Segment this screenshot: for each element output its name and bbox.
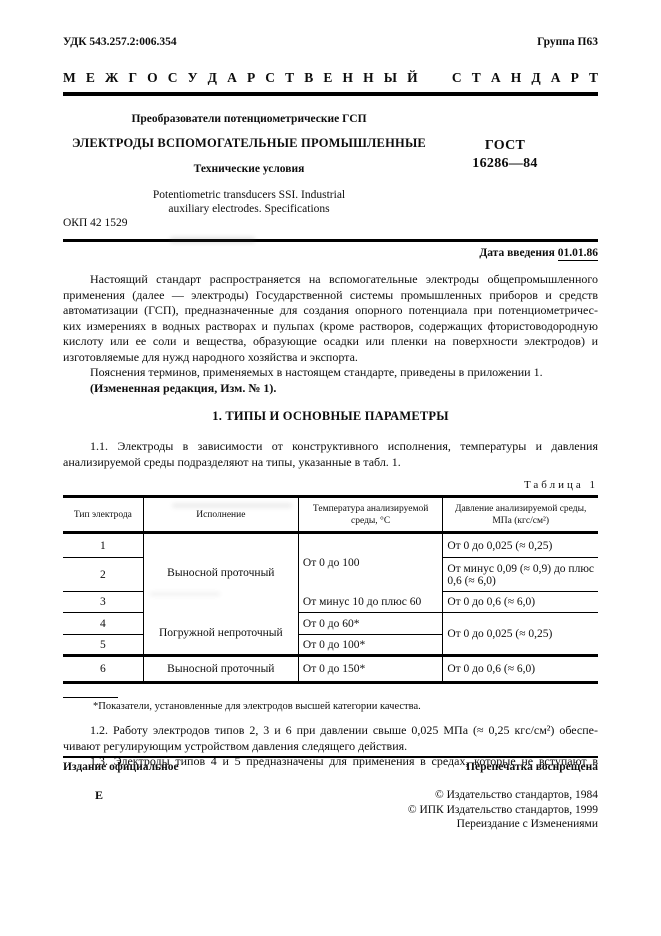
reprint-prohibited-label: Перепечатка воспрещена <box>466 761 598 773</box>
footer-notice-row: Издание официальное Перепечатка воспреще… <box>63 761 598 773</box>
column-header-pressure: Давление анализируемой среды, МПа (кгс/с… <box>443 497 598 533</box>
document-page: УДК 543.257.2:006.354 Группа П63 МЕЖГОСУ… <box>0 0 661 936</box>
temperature-cell: От 0 до 100* <box>298 635 442 656</box>
type-cell: 6 <box>63 656 143 683</box>
standard-title-english-line1: Potentiometric transducers SSI. Industri… <box>63 188 435 202</box>
footer-copyright-row: Е © Издательство стандартов, 1984 © ИПК … <box>63 788 598 832</box>
udk-number: УДК 543.257.2:006.354 <box>63 36 177 48</box>
intro-line: ких измерениях в водных растворах и пуль… <box>63 319 598 335</box>
type-cell: 5 <box>63 635 143 656</box>
execution-cell: Выносной проточный <box>143 533 298 613</box>
amendment-note: (Измененная редакция, Изм. № 1). <box>63 381 598 397</box>
electrode-types-table: Тип электрода Исполнение Температура ана… <box>63 495 598 684</box>
scan-artifact <box>150 592 220 596</box>
table-row: 6 Выносной проточный От 0 до 150* От 0 д… <box>63 656 598 683</box>
copyright-line: © ИПК Издательство стандартов, 1999 <box>408 803 598 818</box>
gost-number: 16286—84 <box>420 155 590 173</box>
document-header-row: УДК 543.257.2:006.354 Группа П63 <box>63 36 598 48</box>
standard-type-title: МЕЖГОСУДАРСТВЕННЫЙ СТАНДАРТ <box>63 70 598 86</box>
clause-1-2-line: чивают регулирующим устройством давления… <box>63 739 598 755</box>
copyright-line: Переиздание с Изменениями <box>408 817 598 832</box>
standard-title-english-line2: auxiliary electrodes. Specifications <box>63 202 435 216</box>
scan-artifact <box>172 503 292 508</box>
type-cell: 3 <box>63 592 143 613</box>
okp-code: ОКП 42 1529 <box>63 217 435 229</box>
temperature-cell: От 0 до 60* <box>298 613 442 635</box>
copyright-line: © Издательство стандартов, 1984 <box>408 788 598 803</box>
intro-line: кислоту или ее соли и вещества, образующ… <box>63 334 598 350</box>
pressure-cell: От 0 до 0,025 (≈ 0,25) <box>443 533 598 558</box>
footer-divider-rule <box>63 756 598 758</box>
execution-cell: Погружной непроточный <box>143 613 298 656</box>
pressure-cell: От 0 до 0,025 (≈ 0,25) <box>443 613 598 656</box>
edition-mark: Е <box>95 788 103 832</box>
table-footnote: *Показатели, установленные для электродо… <box>63 697 598 712</box>
intro-line: автоматизации (ГСП), предназначенные для… <box>63 303 598 319</box>
intro-line: применения (далее — электроды) Государст… <box>63 288 598 304</box>
table-row: 1 Выносной проточный От 0 до 100 От 0 до… <box>63 533 598 558</box>
footnote-text: *Показатели, установленные для электродо… <box>63 701 598 712</box>
title-block-left: Преобразователи потенциометрические ГСП … <box>63 113 435 229</box>
pressure-cell: От минус 0,09 (≈ 0,9) до плюс 0,6 (≈ 6,0… <box>443 558 598 592</box>
table-1-label: Таблица 1 <box>63 479 598 491</box>
type-cell: 2 <box>63 558 143 592</box>
temperature-cell: От 0 до 100 <box>298 533 442 592</box>
date-value: 01.01.86 <box>558 247 598 261</box>
type-cell: 4 <box>63 613 143 635</box>
introduction-date: Дата введения 01.01.86 <box>63 247 598 259</box>
group-code: Группа П63 <box>537 36 598 48</box>
gost-label: ГОСТ <box>420 137 590 155</box>
official-edition-label: Издание официальное <box>63 761 179 773</box>
standard-title: ЭЛЕКТРОДЫ ВСПОМОГАТЕЛЬНЫЕ ПРОМЫШЛЕННЫЕ <box>63 136 435 151</box>
table-header-row: Тип электрода Исполнение Температура ана… <box>63 497 598 533</box>
column-header-type: Тип электрода <box>63 497 143 533</box>
gost-designation: ГОСТ 16286—84 <box>420 137 590 173</box>
intro-line: изготовляемые для нужд народного хозяйст… <box>63 350 598 366</box>
intro-line: Настоящий стандарт распространяется на в… <box>63 272 598 288</box>
date-label: Дата введения <box>479 247 555 259</box>
pressure-cell: От 0 до 0,6 (≈ 6,0) <box>443 656 598 683</box>
pressure-cell: От 0 до 0,6 (≈ 6,0) <box>443 592 598 613</box>
clause-1-1: 1.1. Электроды в зависимости от конструк… <box>63 439 598 470</box>
footnote-separator <box>63 697 118 698</box>
clause-1-1-line: анализируемой среды подразделяют на типы… <box>63 455 598 471</box>
copyright-block: © Издательство стандартов, 1984 © ИПК Из… <box>408 788 598 832</box>
clause-1-2-line: 1.2. Работу электродов типов 2, 3 и 6 пр… <box>63 723 598 739</box>
clause-1-1-line: 1.1. Электроды в зависимости от конструк… <box>63 439 598 455</box>
page-footer: Издание официальное Перепечатка воспреще… <box>63 756 598 832</box>
table-row: 4 Погружной непроточный От 0 до 60* От 0… <box>63 613 598 635</box>
execution-cell: Выносной проточный <box>143 656 298 683</box>
intro-paragraph: Настоящий стандарт распространяется на в… <box>63 272 598 396</box>
standard-subtitle: Технические условия <box>63 163 435 175</box>
type-cell: 1 <box>63 533 143 558</box>
title-divider-rule <box>63 239 598 242</box>
column-header-execution: Исполнение <box>143 497 298 533</box>
standard-title-english: Potentiometric transducers SSI. Industri… <box>63 188 435 216</box>
standard-category: Преобразователи потенциометрические ГСП <box>63 113 435 125</box>
terms-note: Пояснения терминов, применяемых в настоя… <box>63 365 598 381</box>
title-block: Преобразователи потенциометрические ГСП … <box>63 113 598 231</box>
temperature-cell: От 0 до 150* <box>298 656 442 683</box>
section-1-heading: 1. ТИПЫ И ОСНОВНЫЕ ПАРАМЕТРЫ <box>63 409 598 424</box>
header-divider-rule <box>63 92 598 96</box>
temperature-cell: От минус 10 до плюс 60 <box>298 592 442 613</box>
column-header-temperature: Температура анализируемой среды, °С <box>298 497 442 533</box>
scan-artifact <box>170 237 255 243</box>
